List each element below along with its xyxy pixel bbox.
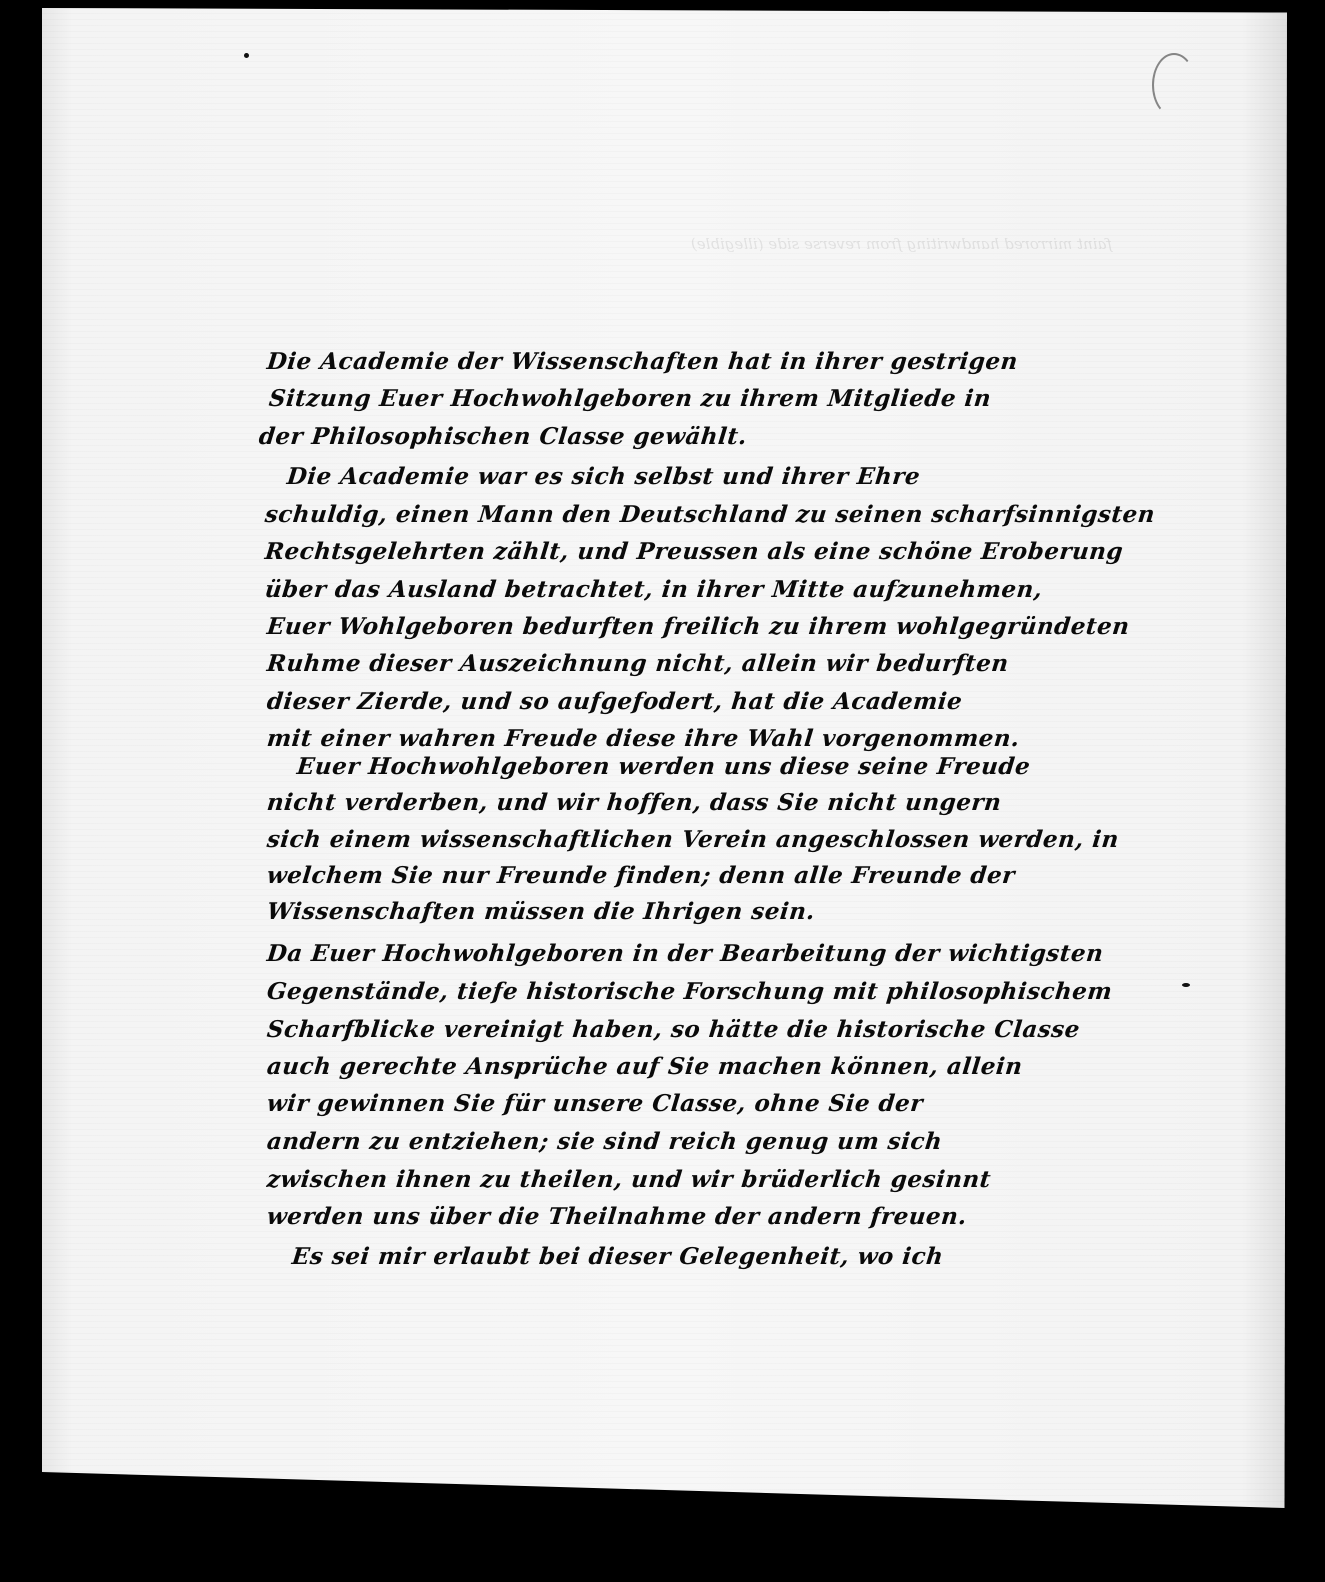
handwritten-line: Euer Wohlgeboren bedurften freilich zu i…	[266, 613, 1131, 640]
handwritten-line: mit einer wahren Freude diese ihre Wahl …	[266, 725, 1022, 752]
handwritten-line: wir gewinnen Sie für unsere Classe, ohne…	[266, 1090, 925, 1117]
bleed-through-text: faint mirrored handwriting from reverse …	[212, 233, 1112, 255]
handwritten-line: Es sei mir erlaubt bei dieser Gelegenhei…	[291, 1243, 945, 1270]
handwritten-line: Ruhme dieser Auszeichnung nicht, allein …	[266, 650, 1010, 677]
handwritten-line: andern zu entziehen; sie sind reich genu…	[266, 1128, 944, 1155]
handwritten-line: werden uns über die Theilnahme der ander…	[266, 1203, 969, 1230]
handwritten-line: sich einem wissenschaftlichen Verein ang…	[266, 826, 1121, 853]
handwritten-line: über das Ausland betrachtet, in ihrer Mi…	[264, 576, 1044, 603]
handwritten-line: Sitzung Euer Hochwohlgeboren zu ihrem Mi…	[268, 385, 993, 412]
handwritten-line: dieser Zierde, und so aufgefodert, hat d…	[266, 688, 964, 715]
handwritten-line: Da Euer Hochwohlgeboren in der Bearbeitu…	[266, 940, 1105, 967]
handwritten-line: der Philosophischen Classe gewählt.	[258, 423, 749, 450]
handwritten-line: Scharfblicke vereinigt haben, so hätte d…	[266, 1016, 1082, 1043]
handwritten-line: zwischen ihnen zu theilen, und wir brüde…	[266, 1166, 993, 1193]
manuscript-page: faint mirrored handwriting from reverse …	[42, 8, 1292, 1508]
handwritten-line: welchem Sie nur Freunde finden; denn all…	[266, 862, 1017, 889]
handwritten-line: Die Academie war es sich selbst und ihre…	[286, 463, 922, 490]
handwritten-line: Euer Hochwohlgeboren werden uns diese se…	[296, 753, 1032, 780]
handwritten-line: Wissenschaften müssen die Ihrigen sein.	[266, 898, 817, 925]
handwritten-line: nicht verderben, und wir hoffen, dass Si…	[266, 789, 1003, 816]
ink-speck	[244, 53, 249, 58]
ink-speck	[1182, 983, 1190, 987]
corner-pencil-mark	[1152, 53, 1196, 117]
handwritten-line: Rechtsgelehrten zählt, und Preussen als …	[264, 538, 1125, 565]
handwritten-line: auch gerechte Ansprüche auf Sie machen k…	[266, 1053, 1024, 1080]
handwritten-line: Gegenstände, tiefe historische Forschung…	[266, 978, 1114, 1005]
handwritten-line: schuldig, einen Mann den Deutschland zu …	[264, 501, 1157, 528]
handwritten-line: Die Academie der Wissenschaften hat in i…	[266, 348, 1020, 375]
